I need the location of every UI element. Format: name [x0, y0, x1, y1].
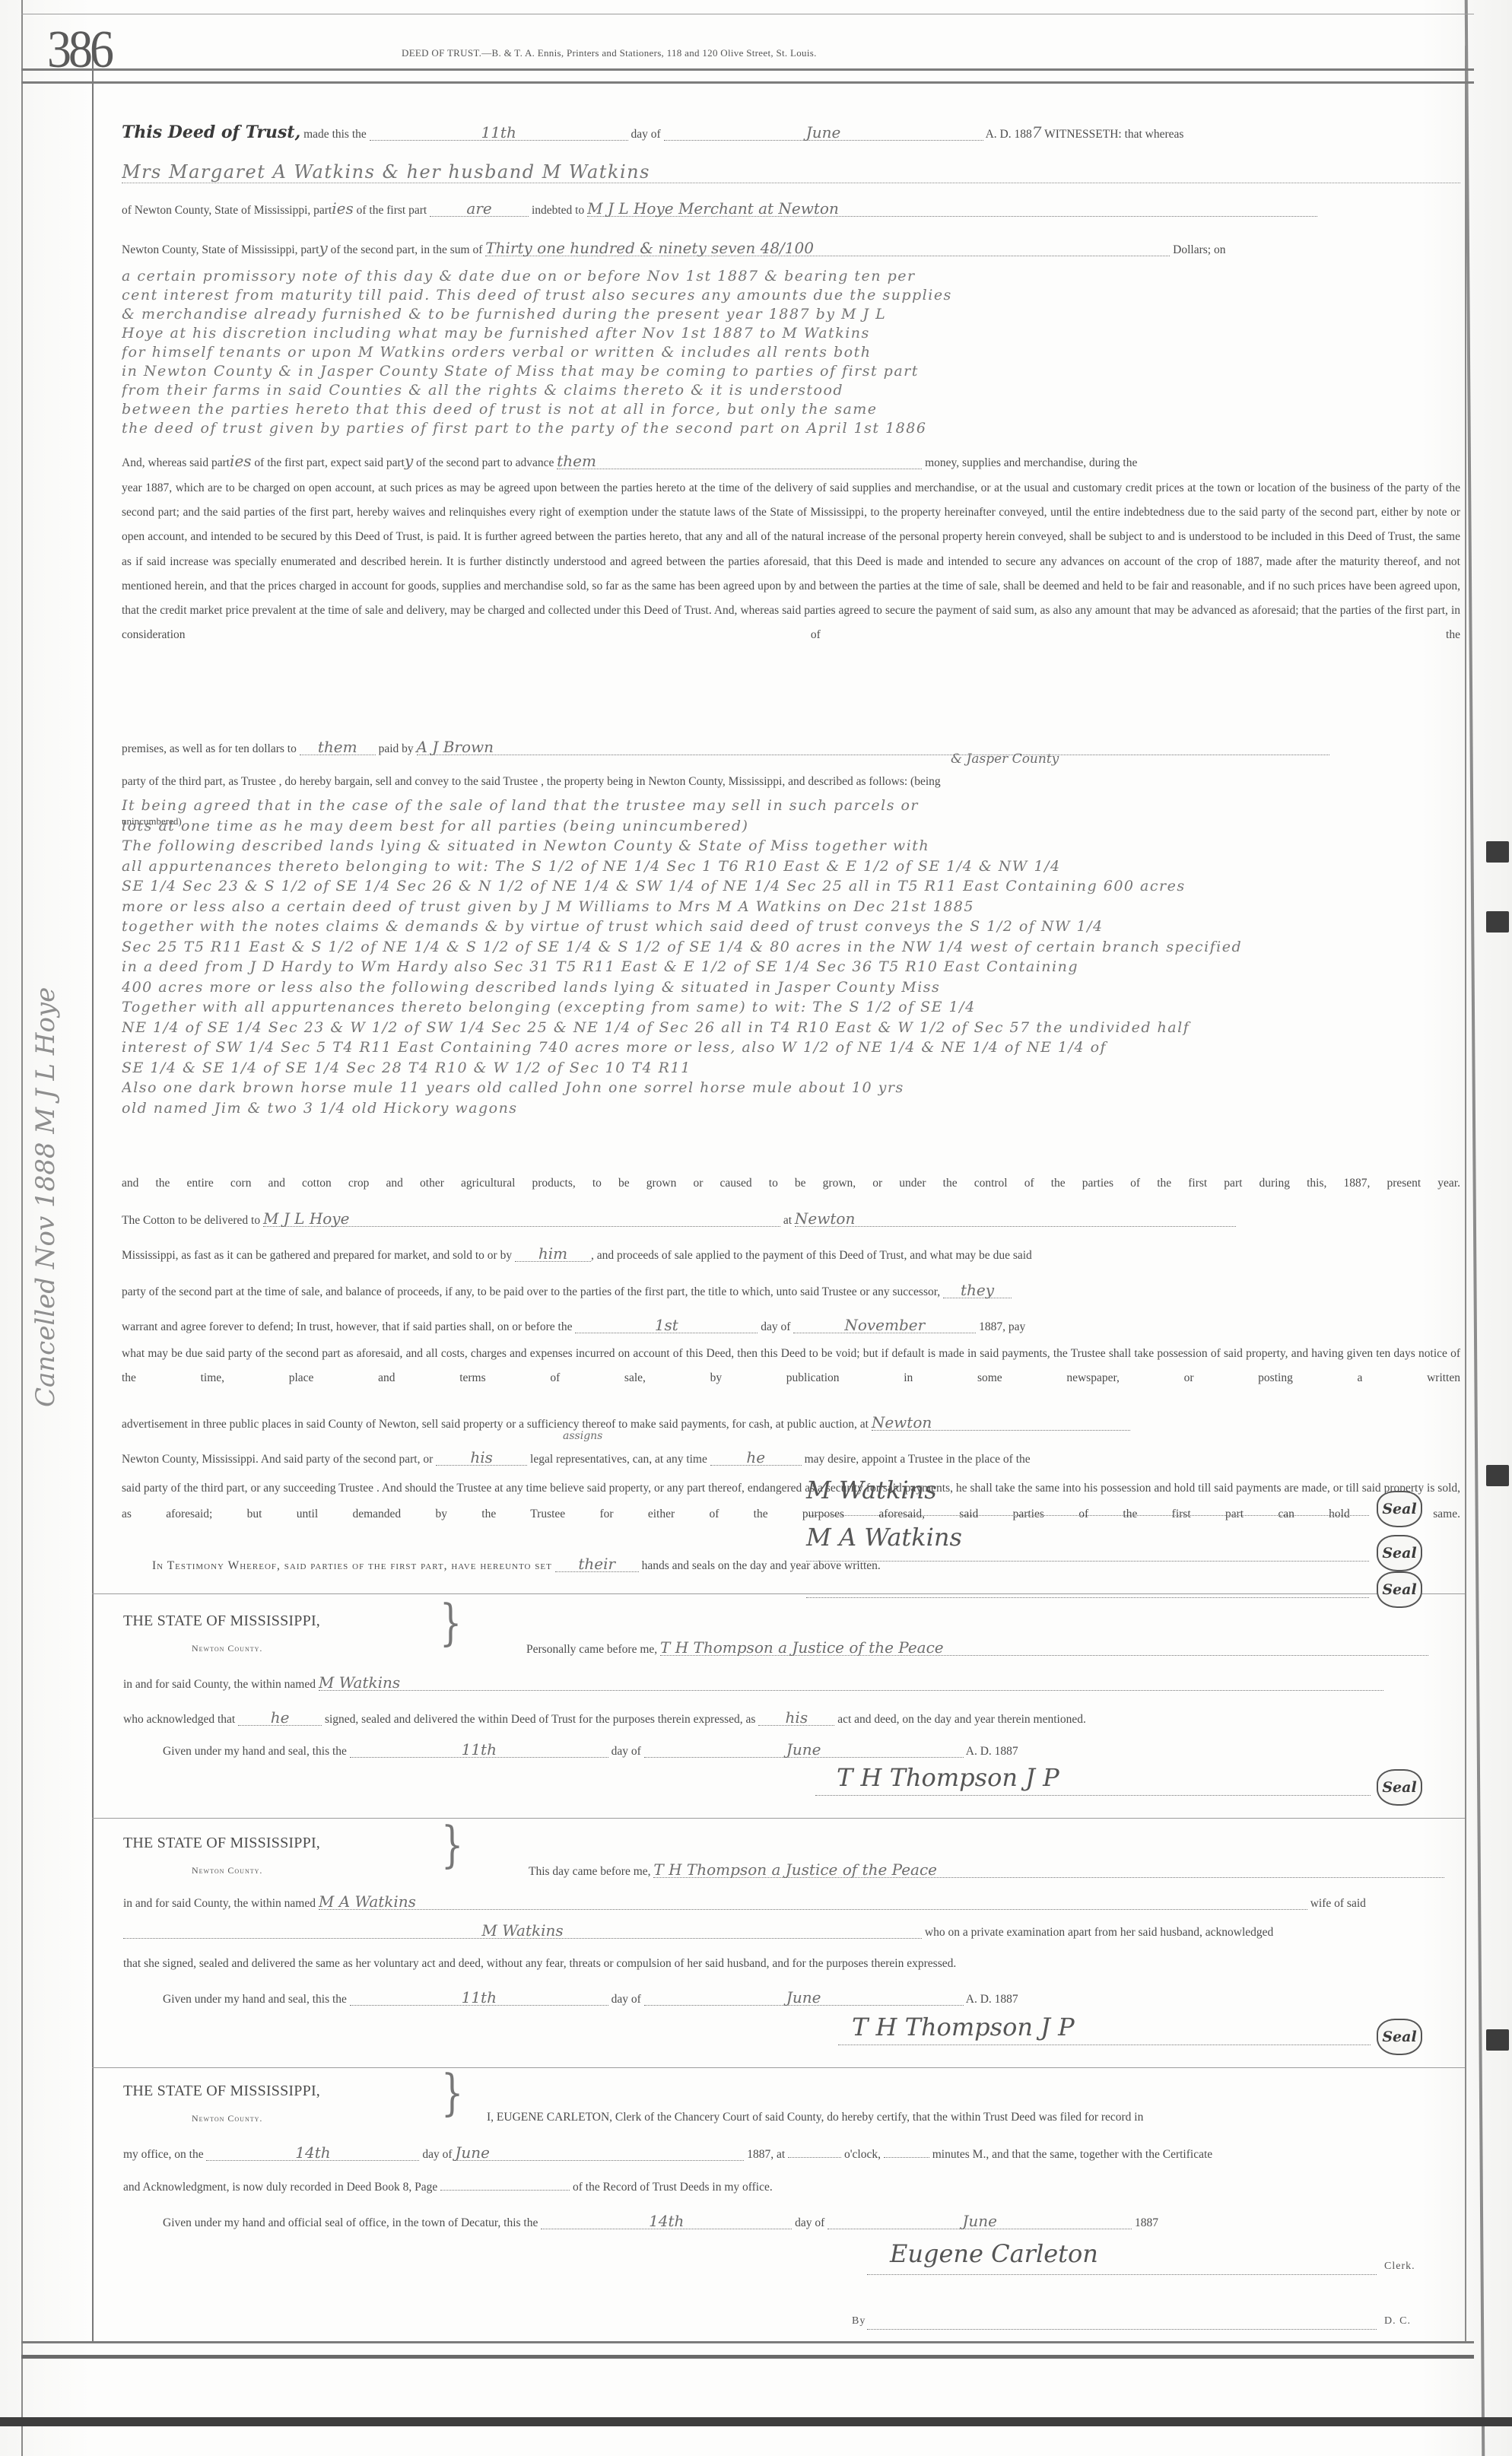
within-named-line: in and for said County, the within named…	[123, 1675, 1462, 1692]
state-heading: THE STATE OF MISSISSIPPI,	[123, 1835, 320, 1852]
index-tab-mark	[1486, 911, 1509, 933]
brace-glyph: }	[441, 1816, 463, 1873]
premises-to-field: them	[300, 739, 376, 755]
handwritten-line: in a deed from J D Hardy to Wm Hardy als…	[122, 958, 1460, 975]
signature-line	[815, 1795, 1371, 1796]
label: 1887, pay	[979, 1320, 1025, 1333]
label: party of the third part, as Trustee , do…	[122, 775, 685, 788]
label: Given under my hand and seal, this the	[163, 1993, 347, 2006]
testimony-their-field: their	[555, 1556, 639, 1572]
premises-line: premises, as well as for ten dollars to …	[122, 739, 1460, 757]
title-warrant-line: party of the second part at the time of …	[122, 1282, 1460, 1300]
label: minutes M., and that the same, together …	[932, 2148, 1212, 2161]
label-made-this: made this the	[303, 128, 367, 141]
frame-line-top	[21, 14, 1474, 14]
auction-line: advertisement in three public places in …	[122, 1415, 1460, 1432]
label: of the first part, expect said part	[254, 456, 405, 469]
repayment-date-line: warrant and agree forever to defend; In …	[122, 1317, 1460, 1335]
label: of the second part to advance	[416, 456, 554, 469]
label: County, Mississippi, and described as fo…	[688, 775, 940, 788]
third-part-line: party of the third part, as Trustee , do…	[122, 774, 1460, 790]
label: advertisement in three public places in …	[122, 1418, 869, 1431]
signature-line	[806, 1515, 1369, 1516]
recorded-line: and Acknowledgment, is now duly recorded…	[123, 2180, 1462, 2195]
label: paid by	[379, 742, 414, 755]
minutes-field	[884, 2157, 929, 2158]
page-edge-shadow	[0, 2417, 1512, 2426]
signature-line	[838, 2045, 1371, 2045]
label: of the Record of Trust Deeds in my offic…	[573, 2181, 773, 2194]
ack-day-field: 11th	[350, 1742, 608, 1758]
warrantor-field: they	[943, 1282, 1012, 1298]
named-party-field: M Watkins	[319, 1675, 1383, 1691]
printed-terms-paragraph: year 1887, which are to be charged on op…	[122, 476, 1460, 647]
label: legal representatives, can, at any time	[530, 1453, 707, 1466]
label: 1887, at	[747, 2148, 785, 2161]
handwritten-suffix: y	[319, 239, 327, 257]
cotton-recipient-field: M J L Hoye	[263, 1211, 780, 1227]
footer-rule-1	[21, 2341, 1474, 2343]
label: warrant and agree forever to defend; In …	[122, 1320, 572, 1333]
came-before-line: Personally came before me, T H Thompson …	[526, 1640, 1469, 1657]
label: wife of said	[1310, 1897, 1366, 1910]
seal-icon: Seal	[1377, 2019, 1422, 2055]
ack-month-field: June	[644, 1742, 964, 1758]
first-part-line: of Newton County, State of Mississippi, …	[122, 201, 1460, 218]
auction-place-field: Newton	[872, 1415, 1130, 1431]
label: In Testimony Whereof, said parties of th…	[152, 1559, 552, 1572]
label: day of	[611, 1993, 641, 2006]
seal-icon: Seal	[1377, 1535, 1422, 1571]
county-label: Newton County.	[192, 1643, 262, 1654]
repayment-month-field: November	[793, 1317, 976, 1333]
label: at	[783, 1214, 792, 1227]
within-named-line: in and for said County, the within named…	[123, 1894, 1462, 1911]
handwritten-line: old named Jim & two 3 1/4 old Hickory wa…	[122, 1100, 1460, 1117]
wife-name-field: M A Watkins	[319, 1894, 1307, 1910]
index-tab-mark	[1486, 1465, 1509, 1486]
handwritten-line: lots at one time as he may deem best for…	[122, 818, 1460, 834]
handwritten-line: Together with all appurtenances thereto …	[122, 999, 1460, 1015]
label: day of	[611, 1745, 641, 1758]
hour-field	[788, 2157, 841, 2158]
default-paragraph: what may be due said party of the second…	[122, 1342, 1460, 1390]
advance-line: And, whereas said parties of the first p…	[122, 453, 1460, 471]
ack-month-field: June	[644, 1990, 964, 2006]
label: of the first part	[357, 204, 427, 217]
label: of Newton County, State of Mississippi, …	[122, 204, 332, 217]
given-line: Given under my hand and seal, this the 1…	[163, 1990, 1501, 2007]
printer-imprint: DEED OF TRUST.—B. & T. A. Ennis, Printer…	[402, 47, 817, 59]
justice-signature: T H Thompson J P	[852, 2013, 1075, 2041]
state-heading: THE STATE OF MISSISSIPPI,	[123, 1612, 320, 1630]
officer-field: T H Thompson a Justice of the Peace	[660, 1640, 1428, 1656]
label: or	[423, 1453, 433, 1466]
handwritten-line: Sec 25 T5 R11 East & S 1/2 of NE 1/4 & S…	[122, 939, 1460, 955]
handwritten-line: SE 1/4 Sec 23 & S 1/2 of SE 1/4 Sec 26 &…	[122, 878, 1460, 894]
label: day of	[422, 2148, 452, 2161]
given-line: Given under my hand and seal, this the 1…	[163, 1742, 1501, 1759]
label: act and deed, on the day and year therei…	[837, 1713, 1086, 1726]
signature-line	[867, 2274, 1377, 2275]
cotton-place-field: Newton	[795, 1211, 1236, 1227]
header-rule-1	[21, 68, 1474, 71]
handwritten-line: Hoye at his discretion including what ma…	[122, 325, 1460, 342]
cancellation-margin-note: Cancelled Nov 1888 M J L Hoye	[30, 987, 61, 1407]
label: who on a private examination apart from …	[925, 1926, 1273, 1939]
label: may desire, appoint a Trustee in the pla…	[805, 1453, 1031, 1466]
sum-field: Thirty one hundred & ninety seven 48/100	[485, 240, 1170, 256]
label: Newton County, Mississippi. And said par…	[122, 1453, 421, 1466]
label: Given under my hand and official seal of…	[163, 2216, 538, 2229]
filed-date-line: my office, on the 14th day of June 1887,…	[123, 2145, 1462, 2162]
brace-glyph: }	[440, 1593, 462, 1651]
label: Dollars; on	[1173, 243, 1225, 256]
label: A. D. 1887	[966, 1745, 1018, 1758]
clerk-signature: Eugene Carleton	[890, 2239, 1098, 2268]
signature-line	[806, 1561, 1369, 1562]
book-page-field	[440, 2190, 570, 2191]
county-label: Newton County.	[192, 1865, 262, 1876]
frame-line-left-outer	[21, 0, 23, 2456]
label: Newton County, State of Mississippi, par…	[122, 243, 319, 256]
trustee-field: A J Brown	[417, 739, 1329, 755]
creditor-field: M J L Hoye Merchant at Newton	[587, 201, 1317, 217]
handwritten-line: together with the notes claims & demands…	[122, 918, 1460, 935]
label: And, whereas said part	[122, 456, 230, 469]
seal-icon: Seal	[1377, 1769, 1422, 1806]
label: , and proceeds of sale applied to the pa…	[591, 1249, 1032, 1262]
label: indebted to	[532, 204, 584, 217]
label: who acknowledged that	[123, 1713, 235, 1726]
page-number: 386	[47, 18, 111, 80]
he-field: he	[238, 1710, 322, 1726]
label: and Acknowledgment, is now duly recorded…	[123, 2181, 437, 2194]
handwritten-line: 400 acres more or less also the followin…	[122, 979, 1460, 996]
acknowledged-line: who acknowledged that he signed, sealed …	[123, 1710, 1462, 1727]
second-part-line: Newton County, State of Mississippi, par…	[122, 240, 1460, 258]
label-year: A. D. 188	[986, 128, 1032, 141]
filed-month-field: June	[455, 2145, 744, 2161]
clerk-label: Clerk.	[1384, 2261, 1415, 2273]
certify-line: I, EUGENE CARLETON, Clerk of the Chancer…	[487, 2110, 1468, 2125]
deed-year-digit: 7	[1032, 123, 1042, 141]
header-rule-2	[21, 81, 1474, 84]
county-label: Newton County.	[192, 2113, 262, 2124]
handwritten-line: NE 1/4 of SE 1/4 Sec 23 & W 1/2 of SW 1/…	[122, 1019, 1460, 1036]
possession-paragraph: said party of the third part, or any suc…	[122, 1476, 1460, 1527]
given-line: Given under my hand and official seal of…	[163, 2213, 1501, 2231]
handwritten-line: from their farms in said Counties & all …	[122, 382, 1460, 399]
deed-title: This Deed of Trust,	[122, 122, 300, 142]
given-day-field: 14th	[541, 2213, 792, 2229]
handwritten-line: It being agreed that in the case of the …	[122, 797, 1460, 814]
handwritten-suffix: y	[405, 452, 413, 470]
he-field: he	[710, 1450, 802, 1466]
appoint-trustee-line: Newton County, Mississippi. And said par…	[122, 1450, 1460, 1467]
label: party of the second part at the time of …	[122, 1285, 940, 1298]
deputy-clerk-label: D. C.	[1384, 2315, 1411, 2327]
frame-line-left-inner	[92, 46, 94, 2343]
sold-line: Mississippi, as fast as it can be gather…	[122, 1246, 1460, 1263]
deputy-signature-line	[867, 2329, 1377, 2330]
handwritten-line: all appurtenances thereto belonging to w…	[122, 858, 1460, 875]
are-field: are	[430, 201, 529, 217]
jasper-county-insert: & Jasper County	[951, 751, 1059, 767]
label: in and for said County, the within named	[123, 1897, 316, 1910]
came-before-line: This day came before me, T H Thompson a …	[529, 1862, 1472, 1879]
label: Given under my hand and seal, this the	[163, 1745, 347, 1758]
brace-glyph: }	[441, 2064, 463, 2121]
assigns-insert: assigns	[563, 1430, 602, 1442]
handwritten-line: the deed of trust given by parties of fi…	[122, 420, 1460, 437]
label: in and for said County, the within named	[123, 1678, 316, 1691]
signature-line-blank	[806, 1597, 1369, 1598]
label-witnesseth: WITNESSETH: that whereas	[1044, 128, 1183, 141]
label: Personally came before me,	[526, 1643, 657, 1656]
label-day-of: day of	[631, 128, 661, 141]
husband-line: M Watkins who on a private examination a…	[123, 1923, 1462, 1940]
label: my office, on the	[123, 2148, 204, 2161]
repayment-day-field: 1st	[575, 1317, 758, 1333]
advance-to-field: them	[557, 453, 922, 469]
sold-by-field: him	[515, 1246, 591, 1262]
label: o'clock,	[844, 2148, 881, 2161]
handwritten-line: between the parties hereto that this dee…	[122, 401, 1460, 418]
section-divider-2	[92, 1818, 1465, 1819]
husband-name-field: M Watkins	[123, 1923, 922, 1939]
label: day of	[761, 1320, 790, 1333]
label: day of	[795, 2216, 824, 2229]
label: The Cotton to be delivered to	[122, 1214, 260, 1227]
label: money, supplies and merchandise, during …	[925, 456, 1137, 469]
officer-field: T H Thompson a Justice of the Peace	[653, 1862, 1444, 1878]
signature-m-watkins: M Watkins	[806, 1476, 937, 1504]
seal-icon: Seal	[1377, 1491, 1422, 1527]
handwritten-line: & merchandise already furnished & to be …	[122, 306, 1460, 322]
deed-opening-line: This Deed of Trust, made this the 11th d…	[122, 125, 1460, 142]
label: This day came before me,	[529, 1865, 651, 1878]
label: 1887	[1135, 2216, 1158, 2229]
label: signed, sealed and delivered the within …	[325, 1713, 755, 1726]
label: A. D. 1887	[966, 1993, 1018, 2006]
handwritten-line: Also one dark brown horse mule 11 years …	[122, 1079, 1460, 1096]
handwritten-suffix: ies	[230, 452, 252, 470]
handwritten-line: The following described lands lying & si…	[122, 837, 1460, 854]
index-tab-mark	[1486, 2029, 1509, 2051]
grantors-field: Mrs Margaret A Watkins & her husband M W…	[122, 161, 1460, 183]
testimony-line: In Testimony Whereof, said parties of th…	[152, 1556, 1491, 1574]
cotton-delivery-line: The Cotton to be delivered to M J L Hoye…	[122, 1211, 1460, 1228]
voluntary-line: that she signed, sealed and delivered th…	[123, 1956, 1462, 1971]
justice-signature: T H Thompson J P	[837, 1763, 1059, 1792]
handwritten-line: SE 1/4 & SE 1/4 of SE 1/4 Sec 28 T4 R10 …	[122, 1060, 1460, 1076]
by-label: By	[852, 2315, 866, 2327]
state-heading: THE STATE OF MISSISSIPPI,	[123, 2083, 320, 2100]
handwritten-line: a certain promissory note of this day & …	[122, 268, 1460, 284]
label: premises, as well as for ten dollars to	[122, 742, 297, 755]
deed-day-field: 11th	[370, 125, 628, 141]
footer-rule-2	[21, 2355, 1474, 2359]
label: of the second part, in the sum of	[331, 243, 483, 256]
section-divider-3	[92, 2067, 1465, 2068]
given-month-field: June	[827, 2213, 1132, 2229]
crop-line: and the entire corn and cotton crop and …	[122, 1176, 1460, 1191]
handwritten-line: in Newton County & in Jasper County Stat…	[122, 363, 1460, 380]
deed-month-field: June	[664, 125, 983, 141]
index-tab-mark	[1486, 841, 1509, 863]
signature-m-a-watkins: M A Watkins	[806, 1523, 962, 1552]
filed-day-field: 14th	[206, 2145, 419, 2161]
ack-day-field: 11th	[350, 1990, 608, 2006]
his-field: his	[436, 1450, 527, 1466]
handwritten-line: interest of SW 1/4 Sec 5 T4 R11 East Con…	[122, 1039, 1460, 1056]
handwritten-line: cent interest from maturity till paid. T…	[122, 287, 1460, 303]
handwritten-line: for himself tenants or upon M Watkins or…	[122, 344, 1460, 361]
label: Mississippi, as fast as it can be gather…	[122, 1249, 512, 1262]
section-divider-1	[92, 1593, 1465, 1594]
handwritten-line: more or less also a certain deed of trus…	[122, 898, 1460, 915]
handwritten-suffix: ies	[332, 199, 354, 218]
seal-icon: Seal	[1377, 1571, 1422, 1608]
his-field: his	[758, 1710, 834, 1726]
